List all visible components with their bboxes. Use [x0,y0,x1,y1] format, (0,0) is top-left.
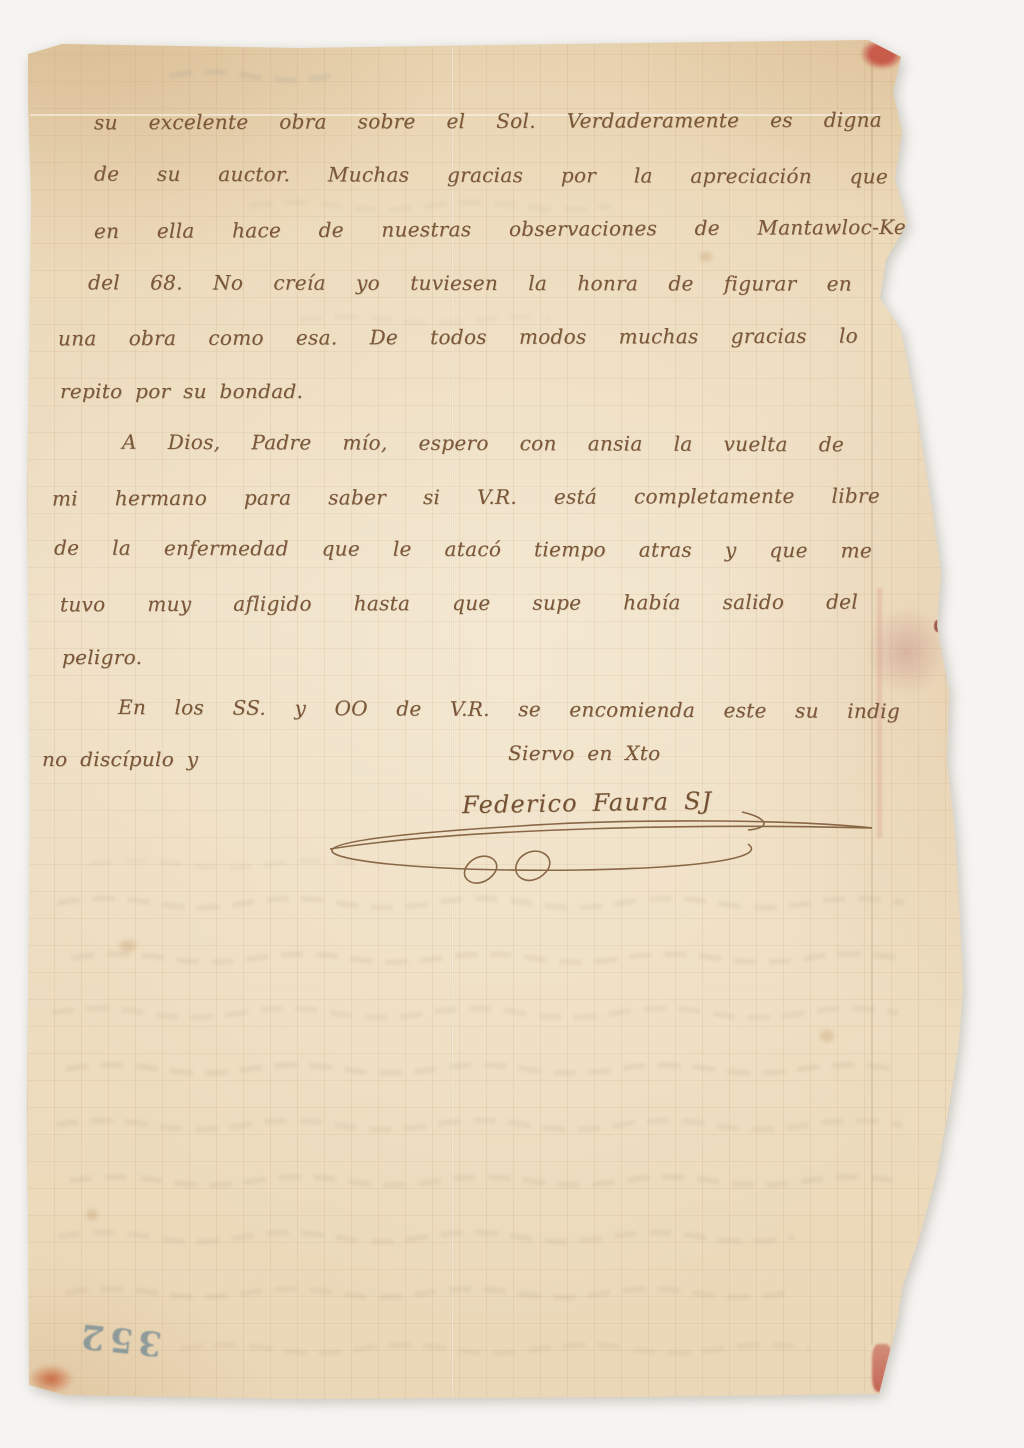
scan-background: { "palette": { "paper": "#ebd8b8", "ink"… [0,0,1024,1448]
letter-line: peligro. [62,642,142,672]
letter-line-hyphen-continuation: no discípulo y [42,744,198,774]
letter-line: del 68. No creía yo tuviesen la honra de… [88,267,852,298]
foxing-spot [700,252,712,262]
letter-line: A Dios, Padre mío, espero con ansia la v… [96,427,844,460]
foxing-spot [86,1210,98,1220]
letter-line: de la enfermedad que le atacó tiempo atr… [54,533,872,566]
closing-valediction: Siervo en Xto [508,738,660,768]
pink-stain-right-edge [866,606,946,696]
letter-line: repito por su bondad. [60,376,303,406]
letter-line: de su auctor. Muchas gracias por la apre… [94,159,888,192]
letter-line: su excelente obra sobre el Sol. Verdader… [94,105,882,138]
letter-line: tuvo muy afligido hasta que supe había s… [60,587,858,620]
foxing-spot [820,1030,834,1042]
foxing-spot [120,940,136,952]
letter-line: una obra como esa. De todos modos muchas… [58,321,858,354]
letter-line: En los SS. y OO de V.R. se encomienda es… [94,692,900,726]
ink-speck-right-edge [934,620,941,632]
letter-paper: su excelente obra sobre el Sol. Verdader… [0,0,1024,1448]
red-stain-top-right [860,38,904,70]
letter-line: mi hermano para saber si V.R. está compl… [52,481,880,514]
signature-name: Federico Faura SJ [462,786,713,820]
red-stain-bottom-left [28,1364,74,1394]
letter-line: en ella hace de nuestras observaciones d… [94,212,906,246]
paper-shadow-wrapper: su excelente obra sobre el Sol. Verdader… [0,0,1024,1448]
red-stain-bottom-right [872,1344,892,1392]
